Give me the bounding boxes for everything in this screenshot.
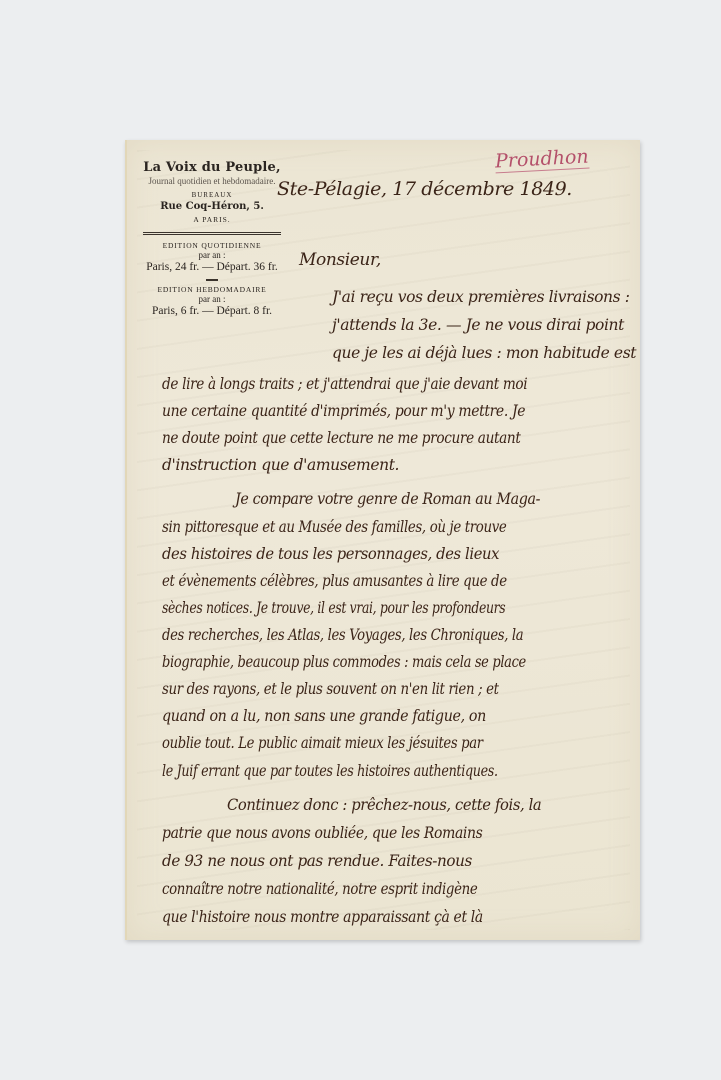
body-line: des histoires de tous les personnages, d…: [162, 545, 499, 563]
weekly-edition-period: par an :: [137, 294, 287, 304]
office-address: Rue Coq-Héron, 5.: [137, 201, 287, 212]
weekly-edition-price: Paris, 6 fr. — Départ. 8 fr.: [137, 305, 287, 317]
letter-page: La Voix du Peuple, Journal quotidien et …: [125, 140, 640, 940]
body-line: Je compare votre genre de Roman au Maga-: [235, 490, 540, 508]
newspaper-subtitle: Journal quotidien et hebdomadaire.: [137, 176, 287, 186]
body-line: j'attends la 3e. — Je ne vous dirai poin…: [332, 316, 624, 334]
body-line: connaître notre nationalité, notre espri…: [162, 880, 477, 898]
body-line: oublie tout. Le public aimait mieux les …: [162, 734, 483, 752]
body-line: de lire à longs traits ; et j'attendrai …: [162, 375, 527, 393]
body-line: biographie, beaucoup plus commodes : mai…: [162, 653, 526, 671]
body-line: de 93 ne nous ont pas rendue. Faites-nou…: [162, 852, 472, 870]
body-line: sèches notices. Je trouve, il est vrai, …: [162, 599, 505, 617]
body-line: patrie que nous avons oubliée, que les R…: [162, 824, 482, 842]
dateline: Ste-Pélagie, 17 décembre 1849.: [277, 178, 572, 200]
bureaux-label: BUREAUX: [137, 191, 287, 199]
daily-edition-heading: EDITION QUOTIDIENNE: [137, 241, 287, 250]
body-line: et évènements célèbres, plus amusantes à…: [162, 572, 507, 590]
edition-separator: [206, 279, 218, 281]
daily-edition-price: Paris, 24 fr. — Départ. 36 fr.: [137, 261, 287, 273]
office-city: A PARIS.: [137, 215, 287, 224]
daily-edition-period: par an :: [137, 250, 287, 260]
printed-letterhead: La Voix du Peuple, Journal quotidien et …: [137, 160, 287, 317]
body-line: que l'histoire nous montre apparaissant …: [162, 908, 483, 926]
newspaper-title: La Voix du Peuple,: [137, 160, 287, 175]
salutation: Monsieur,: [299, 250, 381, 270]
archival-annotation: Proudhon: [494, 146, 589, 174]
body-line: sin pittoresque et au Musée des familles…: [162, 518, 506, 536]
weekly-edition-heading: EDITION HEBDOMADAIRE: [137, 285, 287, 294]
body-line: ne doute point que cette lecture ne me p…: [162, 429, 520, 447]
body-line: que je les ai déjà lues : mon habitude e…: [332, 344, 636, 362]
body-line: sur des rayons, et le plus souvent on n'…: [162, 680, 499, 698]
body-line: J'ai reçu vos deux premières livraisons …: [332, 288, 630, 306]
letterhead-divider: [143, 232, 281, 235]
body-line: des recherches, les Atlas, les Voyages, …: [162, 626, 523, 644]
body-line: quand on a lu, non sans une grande fatig…: [162, 707, 486, 725]
body-line: d'instruction que d'amusement.: [162, 456, 399, 474]
body-line: le Juif errant que par toutes les histoi…: [162, 762, 498, 780]
body-line: une certaine quantité d'imprimés, pour m…: [162, 402, 525, 420]
body-line: Continuez donc : prêchez-nous, cette foi…: [227, 796, 541, 814]
